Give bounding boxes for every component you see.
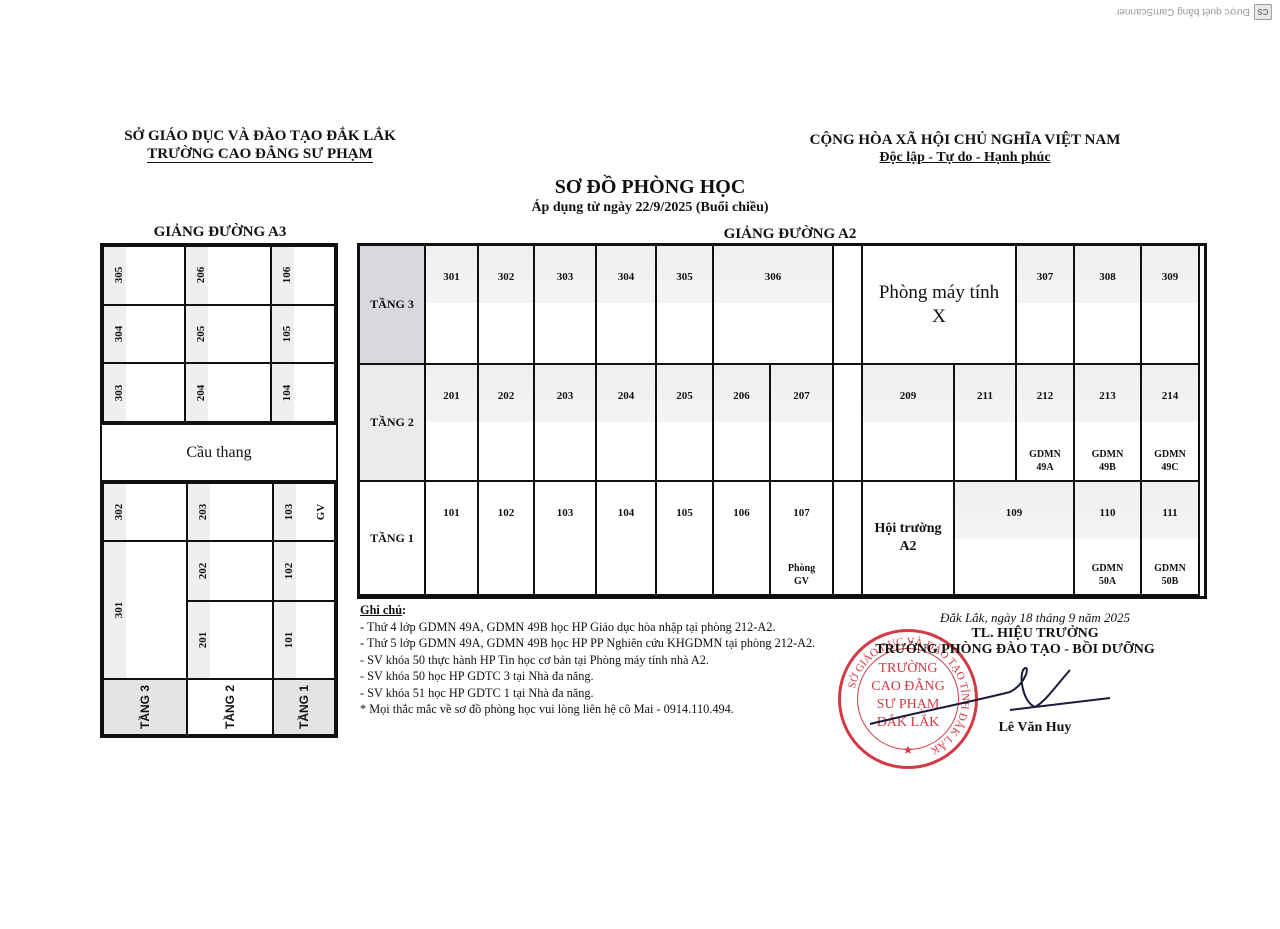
note-item: - SV khóa 50 học HP GDTC 3 tại Nhà đa nă… <box>360 668 830 685</box>
a2-room-301: 301 <box>426 246 479 365</box>
a2-floor-2-label: TẦNG 2 <box>360 365 426 482</box>
a3-room-103: 103GV <box>273 483 335 541</box>
a2-room-204: 204 <box>597 365 657 482</box>
note-item: - SV khóa 50 thực hành HP Tin học cơ bản… <box>360 652 830 669</box>
note-item: * Mọi thắc mắc về sơ đồ phòng học vui lò… <box>360 701 830 718</box>
notes-section: Ghi chú: - Thứ 4 lớp GDMN 49A, GDMN 49B … <box>360 602 830 718</box>
a2-room-106: 106 <box>714 482 771 596</box>
a2-corridor <box>834 246 863 365</box>
place-date: Đắk Lắk, ngày 18 tháng 9 năm 2025 <box>890 610 1180 626</box>
a2-title: GIẢNG ĐƯỜNG A2 <box>690 226 890 243</box>
country-name: CỘNG HÒA XÃ HỘI CHỦ NGHĨA VIỆT NAM <box>800 131 1130 149</box>
a3-floor-2-label: TẦNG 2 <box>187 679 273 735</box>
a3-floor-1-label: TẦNG 1 <box>273 679 335 735</box>
a3-room-204: 204 <box>185 363 271 422</box>
a2-floor-3-label: TẦNG 3 <box>360 246 426 365</box>
a2-room-203: 203 <box>535 365 597 482</box>
a2-room-201: 201 <box>426 365 479 482</box>
a3-room-106: 106 <box>271 246 335 305</box>
a3-room-205: 205 <box>185 305 271 364</box>
signer-role-2: TRƯỞNG PHÒNG ĐÀO TẠO - BỒI DƯỠNG <box>850 642 1180 658</box>
a2-room-202: 202 <box>479 365 535 482</box>
camscanner-logo-icon: CS <box>1254 4 1272 20</box>
a3-floor-3-label: TẦNG 3 <box>103 679 187 735</box>
department-name: SỞ GIÁO DỤC VÀ ĐÀO TẠO ĐẮK LẮK <box>100 127 420 145</box>
a2-room-309: 309 <box>1142 246 1200 365</box>
a2-assembly-hall: Hội trườngA2 <box>863 482 955 596</box>
a2-floor-1-label: TẦNG 1 <box>360 482 426 596</box>
stamp-star-icon: ★ <box>841 743 975 758</box>
a2-room-302: 302 <box>479 246 535 365</box>
a3-room-303: 303 <box>103 363 185 422</box>
a2-corridor <box>834 482 863 596</box>
a3-lower-block: 302 203 103GV 301 202 102 201 101 TẦNG 3… <box>100 480 338 738</box>
a2-room-105: 105 <box>657 482 714 596</box>
watermark-text: Được quét bằng CamScanner <box>1116 7 1250 18</box>
a2-computer-room: Phòng máy tínhX <box>863 246 1017 365</box>
note-item: - Thứ 5 lớp GDMN 49A, GDMN 49B học HP PP… <box>360 635 830 652</box>
a3-room-302: 302 <box>103 483 187 541</box>
a3-room-305: 305 <box>103 246 185 305</box>
note-item: - SV khóa 51 học HP GDTC 1 tại Nhà đa nă… <box>360 685 830 702</box>
a2-corridor <box>834 365 863 482</box>
a3-room-104: 104 <box>271 363 335 422</box>
a2-room-211: 211 <box>955 365 1017 482</box>
motto: Độc lập - Tự do - Hạnh phúc <box>800 149 1130 167</box>
a2-room-107: 107Phòng GV <box>771 482 834 596</box>
a2-room-306: 306 <box>714 246 834 365</box>
page-title: SƠ ĐỒ PHÒNG HỌC <box>460 176 840 199</box>
a2-room-206: 206 <box>714 365 771 482</box>
a2-room-308: 308 <box>1075 246 1142 365</box>
a3-room-101: 101 <box>273 601 335 679</box>
a2-room-110: 110GDMN 50A <box>1075 482 1142 596</box>
a3-room-201: 201 <box>187 601 273 679</box>
a3-room-203: 203 <box>187 483 273 541</box>
a2-room-304: 304 <box>597 246 657 365</box>
a2-room-209: 209 <box>863 365 955 482</box>
notes-title: Ghi chú <box>360 603 402 617</box>
a2-room-207: 207 <box>771 365 834 482</box>
a2-room-305: 305 <box>657 246 714 365</box>
school-name: TRƯỜNG CAO ĐẲNG SƯ PHẠM <box>100 145 420 163</box>
signer-name: Lê Văn Huy <box>890 720 1180 736</box>
note-item: - Thứ 4 lớp GDMN 49A, GDMN 49B học HP Gi… <box>360 619 830 636</box>
a2-room-205: 205 <box>657 365 714 482</box>
camscanner-watermark: CS Được quét bằng CamScanner <box>1116 4 1272 20</box>
a2-room-303: 303 <box>535 246 597 365</box>
a2-room-109: 109 <box>955 482 1075 596</box>
a3-room-206: 206 <box>185 246 271 305</box>
a3-room-202: 202 <box>187 541 273 601</box>
a2-room-111: 111GDMN 50B <box>1142 482 1200 596</box>
signature-block: Đắk Lắk, ngày 18 tháng 9 năm 2025 TL. HI… <box>890 610 1180 736</box>
a2-room-307: 307 <box>1017 246 1075 365</box>
a2-room-102: 102 <box>479 482 535 596</box>
header-right: CỘNG HÒA XÃ HỘI CHỦ NGHĨA VIỆT NAM Độc l… <box>800 131 1130 167</box>
a3-room-304: 304 <box>103 305 185 364</box>
header-left: SỞ GIÁO DỤC VÀ ĐÀO TẠO ĐẮK LẮK TRƯỜNG CA… <box>100 127 420 163</box>
a2-room-214: 214GDMN 49C <box>1142 365 1200 482</box>
a2-room-101: 101 <box>426 482 479 596</box>
a3-staircase: Cầu thang <box>100 425 338 480</box>
a2-room-104: 104 <box>597 482 657 596</box>
a3-room-105: 105 <box>271 305 335 364</box>
a3-gv-label: GV <box>315 501 327 523</box>
page-subtitle: Áp dụng từ ngày 22/9/2025 (Buổi chiều) <box>460 200 840 216</box>
a2-room-103: 103 <box>535 482 597 596</box>
a2-room-213: 213GDMN 49B <box>1075 365 1142 482</box>
a3-room-301: 301 <box>103 541 187 679</box>
a3-title: GIẢNG ĐƯỜNG A3 <box>100 224 340 241</box>
a3-upper-block: 305206106304205105303204104 <box>100 243 338 425</box>
a2-floor-plan: TẦNG 3301302303304305306Phòng máy tínhX3… <box>357 243 1207 599</box>
signer-role-1: TL. HIỆU TRƯỞNG <box>890 626 1180 642</box>
a3-room-102: 102 <box>273 541 335 601</box>
a2-room-212: 212GDMN 49A <box>1017 365 1075 482</box>
